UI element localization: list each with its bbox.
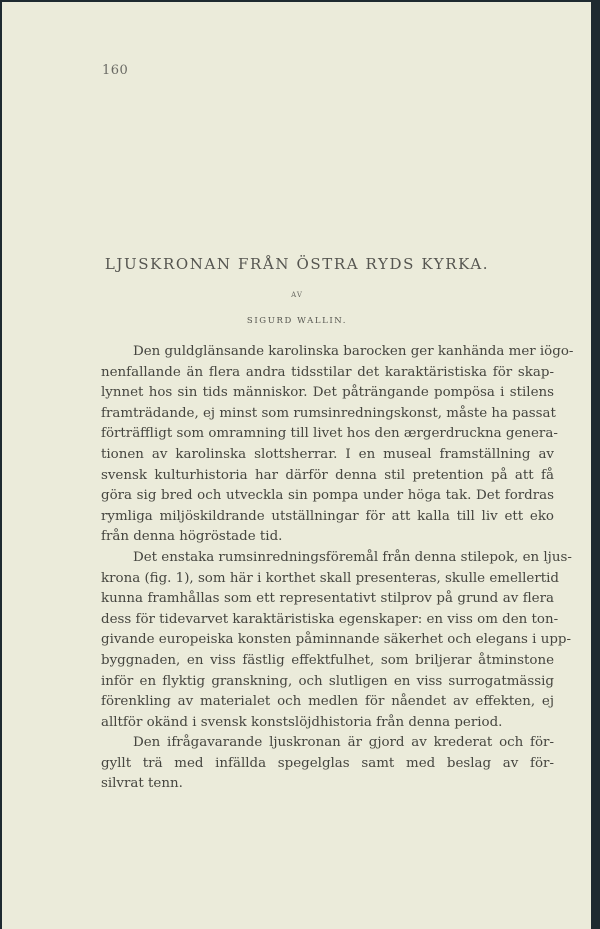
text-line: framträdande, ej minst som rumsinredning… [101,404,554,425]
text-line: silvrat tenn. [101,774,554,795]
text-line: gyllt trä med infällda spegelglas samt m… [101,754,554,775]
text-line: givande europeiska konsten påminnande sä… [101,630,554,651]
text-line: göra sig bred och utveckla sin pompa und… [101,486,554,507]
text-line: nenfallande än flera andra tidsstilar de… [101,363,554,384]
text-line: krona (fig. 1), som här i korthet skall … [101,569,554,590]
text-line: inför en flyktig granskning, och slutlig… [101,672,554,693]
paragraph-1: Den guldglänsande karolinska barocken ge… [101,342,554,548]
text-line: tionen av karolinska slottsherrar. I en … [101,445,554,466]
text-line: byggnaden, en viss fästlig effektfulhet,… [101,651,554,672]
text-line: alltför okänd i svensk konstslöjdhistori… [101,713,554,734]
text-line: förenkling av materialet och medlen för … [101,692,554,713]
article-title: LJUSKRONAN FRÅN ÖSTRA RYDS KYRKA. [2,255,592,273]
document-page: 160 LJUSKRONAN FRÅN ÖSTRA RYDS KYRKA. AV… [2,2,591,929]
byline-prefix: AV [2,291,592,299]
paragraph-3: Den ifrågavarande ljuskronan är gjord av… [101,733,554,795]
text-line: dess för tidevarvet karaktäristiska egen… [101,610,554,631]
text-line: Den ifrågavarande ljuskronan är gjord av… [101,733,554,754]
paragraph-2: Det enstaka rumsinredningsföremål från d… [101,548,554,733]
author-name: SIGURD WALLIN. [2,316,592,326]
text-line: kunna framhållas som ett representativt … [101,589,554,610]
text-line: förträffligt som omramning till livet ho… [101,424,554,445]
body-text: Den guldglänsande karolinska barocken ge… [101,342,554,795]
page-number: 160 [102,63,128,78]
text-line: Den guldglänsande karolinska barocken ge… [101,342,554,363]
text-line: svensk kulturhistoria har därför denna s… [101,466,554,487]
text-line: från denna högröstade tid. [101,527,554,548]
text-line: lynnet hos sin tids människor. Det påträ… [101,383,554,404]
text-line: Det enstaka rumsinredningsföremål från d… [101,548,554,569]
text-line: rymliga miljöskildrande utställningar fö… [101,507,554,528]
